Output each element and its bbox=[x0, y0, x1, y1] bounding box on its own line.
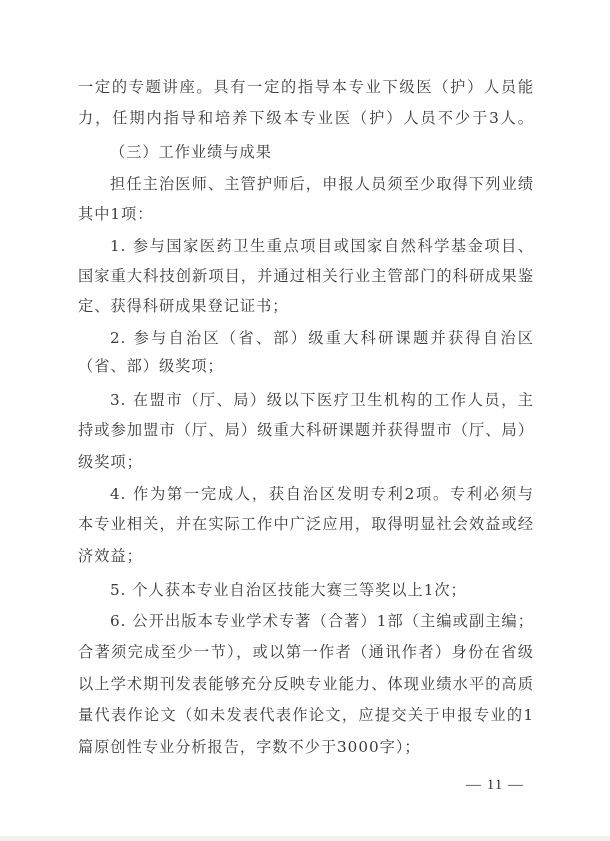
text-line: 本专业相关，并在实际工作中广泛应用，取得明显社会效益或经 bbox=[78, 513, 534, 535]
text-line: 一定的专题讲座。具有一定的指导本专业下级医（护）人员能 bbox=[78, 76, 534, 98]
text-line: 合著须完成至少一节），或以第一作者（通讯作者）身份在省级 bbox=[78, 641, 534, 663]
text-line: 定、获得科研成果登记证书； bbox=[78, 295, 534, 317]
text-line: 篇原创性专业分析报告，字数不少于3000字）； bbox=[78, 736, 534, 758]
section-heading: （三）工作业绩与成果 bbox=[110, 141, 534, 163]
text-line: （省、部）级奖项； bbox=[78, 355, 534, 377]
text-line: 其中1项： bbox=[78, 203, 534, 225]
list-item-5: 5. 个人获本专业自治区技能大赛三等奖以上1次； bbox=[110, 579, 534, 601]
list-item-6: 6. 公开出版本专业学术专著（合著）1部（主编或副主编； bbox=[110, 610, 534, 632]
page-edge bbox=[0, 836, 610, 841]
text-line: 国家重大科技创新项目，并通过相关行业主管部门的科研成果鉴 bbox=[78, 265, 534, 287]
text-line: 力，任期内指导和培养下级本专业医（护）人员不少于3人。 bbox=[78, 107, 534, 129]
text-line: 级奖项； bbox=[78, 451, 534, 473]
document-page: 一定的专题讲座。具有一定的指导本专业下级医（护）人员能 力，任期内指导和培养下级… bbox=[0, 0, 610, 841]
text-line: 以上学术期刊发表能够充分反映专业能力、体现业绩水平的高质 bbox=[78, 673, 534, 695]
text-line: 济效益； bbox=[78, 545, 534, 567]
page-number: — 11 — bbox=[466, 775, 524, 795]
list-item-2: 2. 参与自治区（省、部）级重大科研课题并获得自治区 bbox=[110, 327, 534, 349]
list-item-3: 3. 在盟市（厅、局）级以下医疗卫生机构的工作人员，主 bbox=[110, 389, 534, 411]
text-line: 量代表作论文（如未发表代表作论文，应提交关于申报专业的1 bbox=[78, 704, 534, 726]
list-item-1: 1. 参与国家医药卫生重点项目或国家自然科学基金项目、 bbox=[110, 235, 534, 257]
list-item-4: 4. 作为第一完成人，获自治区发明专利2项。专利必须与 bbox=[110, 483, 534, 505]
text-line: 持或参加盟市（厅、局）级重大科研课题并获得盟市（厅、局） bbox=[78, 419, 534, 441]
text-line: 担任主治医师、主管护师后，申报人员须至少取得下列业绩 bbox=[110, 173, 534, 195]
